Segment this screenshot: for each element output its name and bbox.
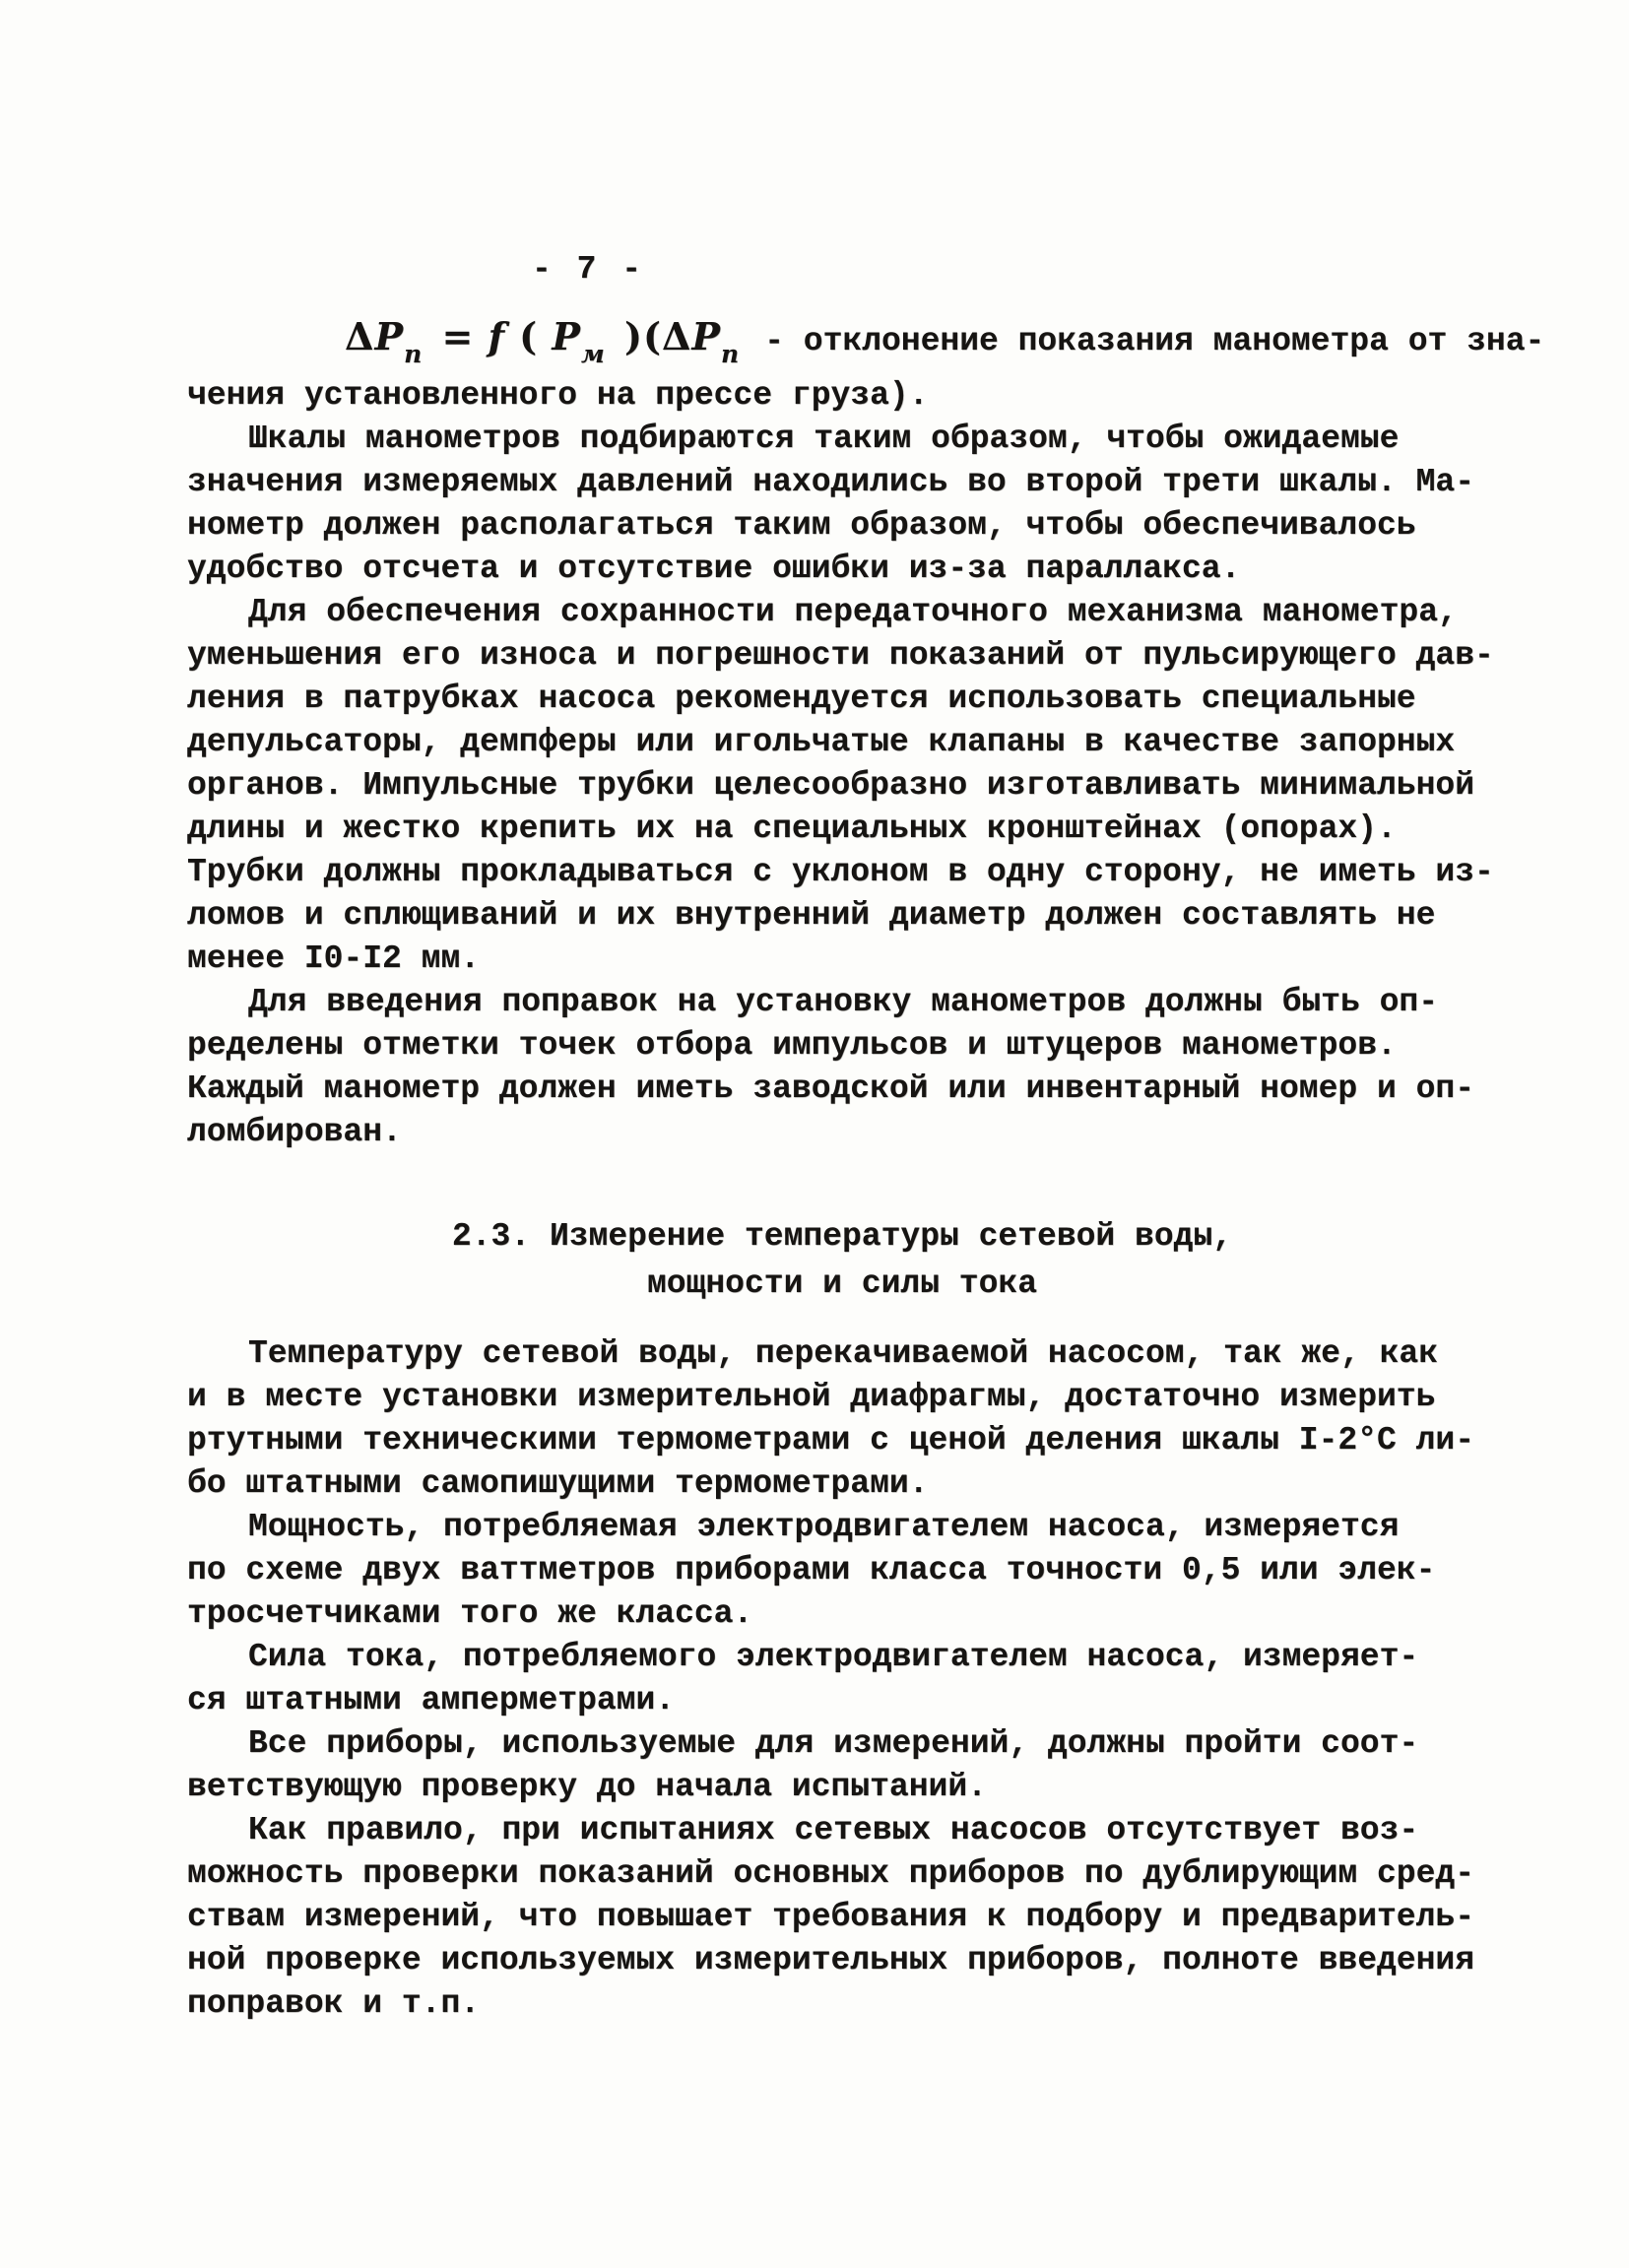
section-heading-2-3: 2.3. Измерение температуры сетевой воды,… — [187, 1213, 1497, 1308]
formula-delta-2: Δ — [662, 314, 691, 358]
formula-delta-1: Δ — [345, 314, 374, 358]
paragraph-formula-continuation: чения установленного на прессе груза). — [187, 374, 1497, 418]
formula-open-paren: ( — [505, 314, 552, 358]
paragraph-mechanism-safety: Для обеспечения сохранности передаточног… — [187, 591, 1497, 981]
formula-subscript-2: м — [581, 340, 606, 368]
formula-p-2: P — [552, 314, 581, 358]
formula-close-open-paren: )( — [611, 314, 662, 358]
formula-description: - отклонение показания манометра от зна- — [764, 323, 1544, 359]
document-body: ΔPп = f ( Pм )(ΔPп- отклонение показания… — [187, 315, 1497, 2026]
formula-p-3: P — [691, 314, 721, 358]
formula-math: ΔPп = f ( Pм )(ΔPп — [345, 314, 745, 358]
paragraph-manometer-scales: Шкалы манометров подбираются таким образ… — [187, 418, 1497, 591]
paragraph-power-measurement: Мощность, потребляемая электродвигателем… — [187, 1506, 1497, 1636]
paragraph-temperature-measurement: Температуру сетевой воды, перекачиваемой… — [187, 1332, 1497, 1506]
document-page: - 7 - ΔPп = f ( Pм )(ΔPп- отклонение пок… — [0, 0, 1629, 2268]
formula-subscript-1: п — [404, 340, 423, 368]
paragraph-devices-check: Все приборы, используемые для измерений,… — [187, 1722, 1497, 1809]
paragraph-verification-note: Как правило, при испытаниях сетевых насо… — [187, 1809, 1497, 2026]
formula-equals: = — [427, 314, 488, 358]
formula-function-f: f — [489, 314, 505, 358]
formula-subscript-3: п — [721, 340, 740, 368]
formula-p-1: P — [374, 314, 404, 358]
paragraph-current-measurement: Сила тока, потребляемого электродвигател… — [187, 1636, 1497, 1722]
page-number: - 7 - — [532, 251, 644, 288]
formula: ΔPп = f ( Pм )(ΔPп- отклонение показания… — [187, 315, 1497, 374]
paragraph-corrections: Для введения поправок на установку маном… — [187, 981, 1497, 1154]
